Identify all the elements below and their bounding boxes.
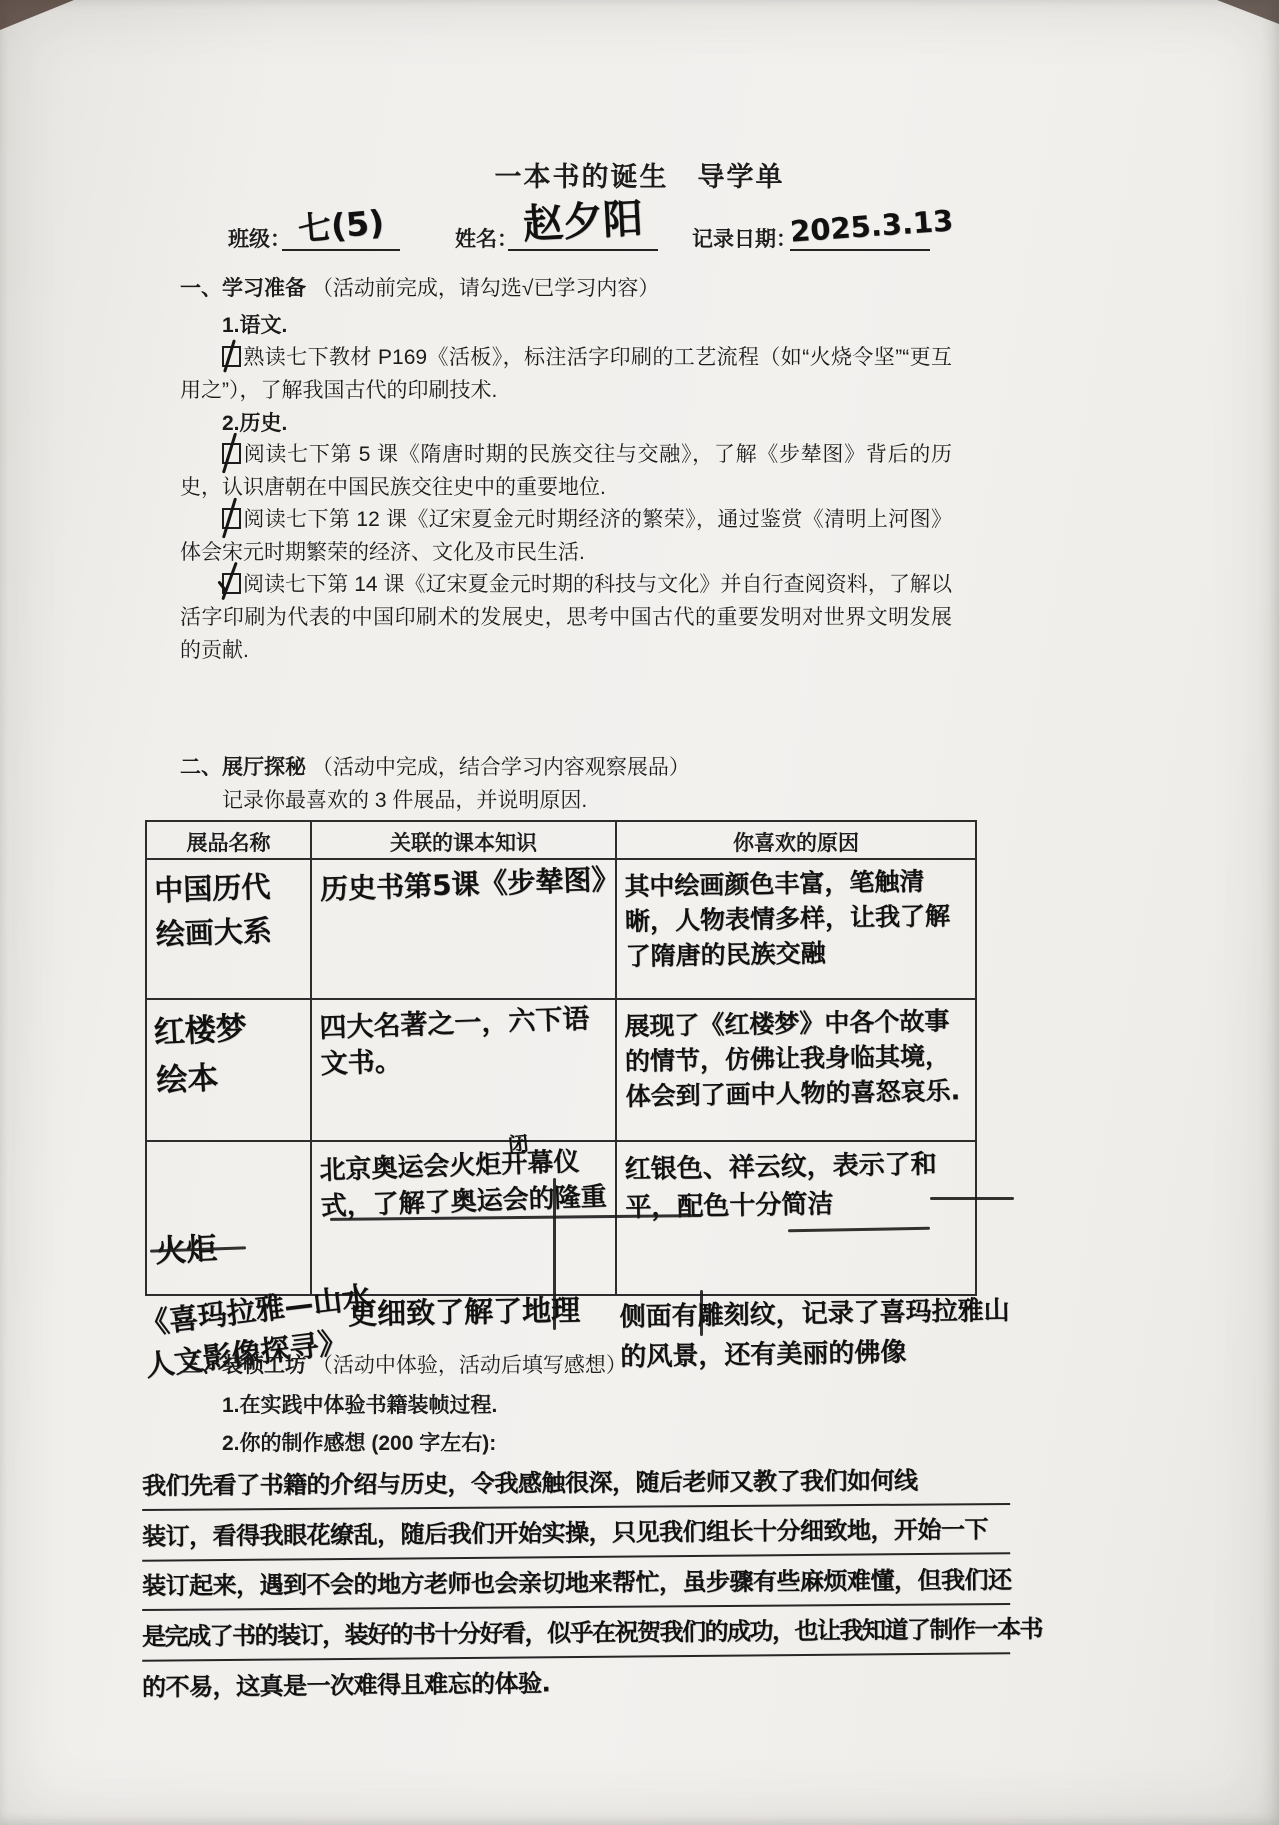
scan-corner-mark (1217, 0, 1279, 24)
section1-title: 一、学习准备 (180, 277, 306, 300)
page-title: 一本书的诞生 导学单 (0, 155, 1279, 194)
workshop-step1: 1.在实践中体验书籍装帧过程. (222, 1389, 497, 1419)
checkbox (222, 508, 241, 529)
essay-line: 装订，看得我眼花缭乱，随后我们开始实操，只见我们组长十分细致地，开始一下 (142, 1504, 1010, 1562)
exhibit-knowledge: 北京奥运会火炬开幕仪式，了解了奥运会的隆重 (319, 1143, 608, 1225)
section2-note: （活动中完成，结合学习内容观察展品） (312, 756, 690, 779)
chinese-item-text: 熟读七下教材 P169《活板》，标注活字印刷的工艺流程（如“火烧令坚”“更互用之… (180, 346, 952, 402)
checkbox (222, 573, 241, 594)
essay-line: 我们先看了书籍的介绍与历史，令我感触很深，随后老师又教了我们如何线 (142, 1455, 1010, 1511)
section3-title: 三、装帧工坊 (180, 1354, 306, 1377)
meta-row: 班级： 七(5) 姓名： 赵夕阳 记录日期： 2025.3.13 (0, 203, 1279, 267)
exhibit-reason-overflow: 侧面有雕刻纹，记录了喜玛拉雅山的风景，还有美丽的佛像 (619, 1290, 1028, 1377)
scanned-worksheet: 一本书的诞生 导学单 班级： 七(5) 姓名： 赵夕阳 记录日期： 2025.3… (0, 0, 1279, 1825)
checkbox (222, 346, 241, 367)
exhibit-name: 火炬 (154, 1218, 303, 1271)
date-label: 记录日期： (692, 223, 797, 253)
check-mark-icon (221, 562, 237, 601)
section2-heading: 二、展厅探秘 （活动中完成，结合学习内容观察展品） (180, 751, 690, 781)
exhibit-name: 中国历代 绘画大系 (154, 863, 304, 956)
table-row: 红楼梦 绘本 四大名著之一，六下语文书。 展现了《红楼梦》中各个故事的情节，仿佛… (147, 1000, 975, 1142)
history-item-3: 阅读七下第 14 课《辽宋夏金元时期的科技与文化》并自行查阅资料，了解以活字印刷… (180, 568, 952, 667)
header-related-knowledge: 关联的课本知识 (312, 822, 617, 858)
history-subheading: 2.历史. (222, 407, 287, 437)
section2-title: 二、展厅探秘 (180, 756, 306, 779)
scan-corner-mark (0, 0, 74, 30)
table-row: 中国历代 绘画大系 历史书第5课《步辇图》 其中绘画颜色丰富，笔触清晰，人物表情… (147, 860, 975, 1000)
history-item-1-text: 阅读七下第 5 课《隋唐时期的民族交往与交融》，了解《步辇图》背后的历史，认识唐… (180, 443, 952, 499)
section2-intro: 记录你最喜欢的 3 件展品，并说明原因. (222, 784, 587, 814)
checkbox (222, 443, 241, 464)
check-stroke-icon (223, 339, 236, 372)
essay-line: 装订起来，遇到不会的地方老师也会亲切地来帮忙，虽步骤有些麻烦难懂，但我们还 (142, 1555, 1010, 1611)
exhibit-knowledge: 历史书第5课《步辇图》 (319, 861, 607, 909)
date-field: 2025.3.13 (790, 203, 930, 251)
workshop-step2: 2.你的制作感想 (200 字左右): (222, 1427, 496, 1457)
exhibit-reason: 展现了《红楼梦》中各个故事的情节，仿佛让我身临其境，体会到了画中人物的喜怒哀乐. (624, 1003, 968, 1114)
exhibit-reason: 其中绘画颜色丰富，笔触清晰，人物表情多样，让我了解了隋唐的民族交融 (624, 863, 968, 974)
exhibit-knowledge: 四大名著之一，六下语文书。 (319, 1001, 608, 1083)
history-item-1: 阅读七下第 5 课《隋唐时期的民族交往与交融》，了解《步辇图》背后的历史，认识唐… (180, 438, 952, 504)
section1-heading: 一、学习准备 （活动前完成，请勾选√已学习内容） (180, 272, 659, 302)
history-item-2: 阅读七下第 12 课《辽宋夏金元时期经济的繁荣》，通过鉴赏《清明上河图》体会宋元… (180, 503, 952, 569)
name-field: 赵夕阳 (508, 195, 658, 251)
exhibit-name: 红楼梦 绘本 (153, 1003, 278, 1105)
exhibit-knowledge-overflow: 更细致了解了地理 (348, 1288, 581, 1333)
essay-block: 我们先看了书籍的介绍与历史，令我感触很深，随后老师又教了我们如何线 装订，看得我… (142, 1458, 1010, 1706)
section1-note: （活动前完成，请勾选√已学习内容） (312, 277, 660, 300)
class-field: 七(5) (282, 203, 400, 251)
section3-heading: 三、装帧工坊 （活动中体验，活动后填写感想） (180, 1349, 627, 1379)
header-reason: 你喜欢的原因 (617, 822, 975, 858)
essay-line: 的不易，这真是一次难得且难忘的体验. (142, 1653, 1010, 1710)
inserted-char: 闭 (507, 1127, 530, 1158)
pen-stroke (930, 1197, 1014, 1200)
date-value: 2025.3.13 (789, 197, 955, 254)
name-value: 赵夕阳 (522, 192, 645, 252)
check-stroke-icon (222, 432, 237, 473)
check-stroke-icon (222, 497, 237, 538)
exhibit-table: 展品名称 关联的课本知识 你喜欢的原因 中国历代 绘画大系 历史书第5课《步辇图… (145, 820, 977, 1296)
history-item-2-text: 阅读七下第 12 课《辽宋夏金元时期经济的繁荣》，通过鉴赏《清明上河图》体会宋元… (180, 508, 952, 564)
class-value: 七(5) (296, 199, 386, 252)
section3-note: （活动中体验，活动后填写感想） (312, 1354, 627, 1377)
chinese-subheading: 1.语文. (222, 309, 287, 339)
table-header-row: 展品名称 关联的课本知识 你喜欢的原因 (147, 822, 975, 860)
header-exhibit-name: 展品名称 (147, 822, 312, 858)
chinese-item: 熟读七下教材 P169《活板》，标注活字印刷的工艺流程（如“火烧令坚”“更互用之… (180, 341, 952, 407)
history-item-3-text: 阅读七下第 14 课《辽宋夏金元时期的科技与文化》并自行查阅资料，了解以活字印刷… (180, 573, 952, 662)
essay-line: 是完成了书的装订，装好的书十分好看，似乎在祝贺我们的成功，也让我知道了制作一本书 (142, 1604, 1010, 1662)
